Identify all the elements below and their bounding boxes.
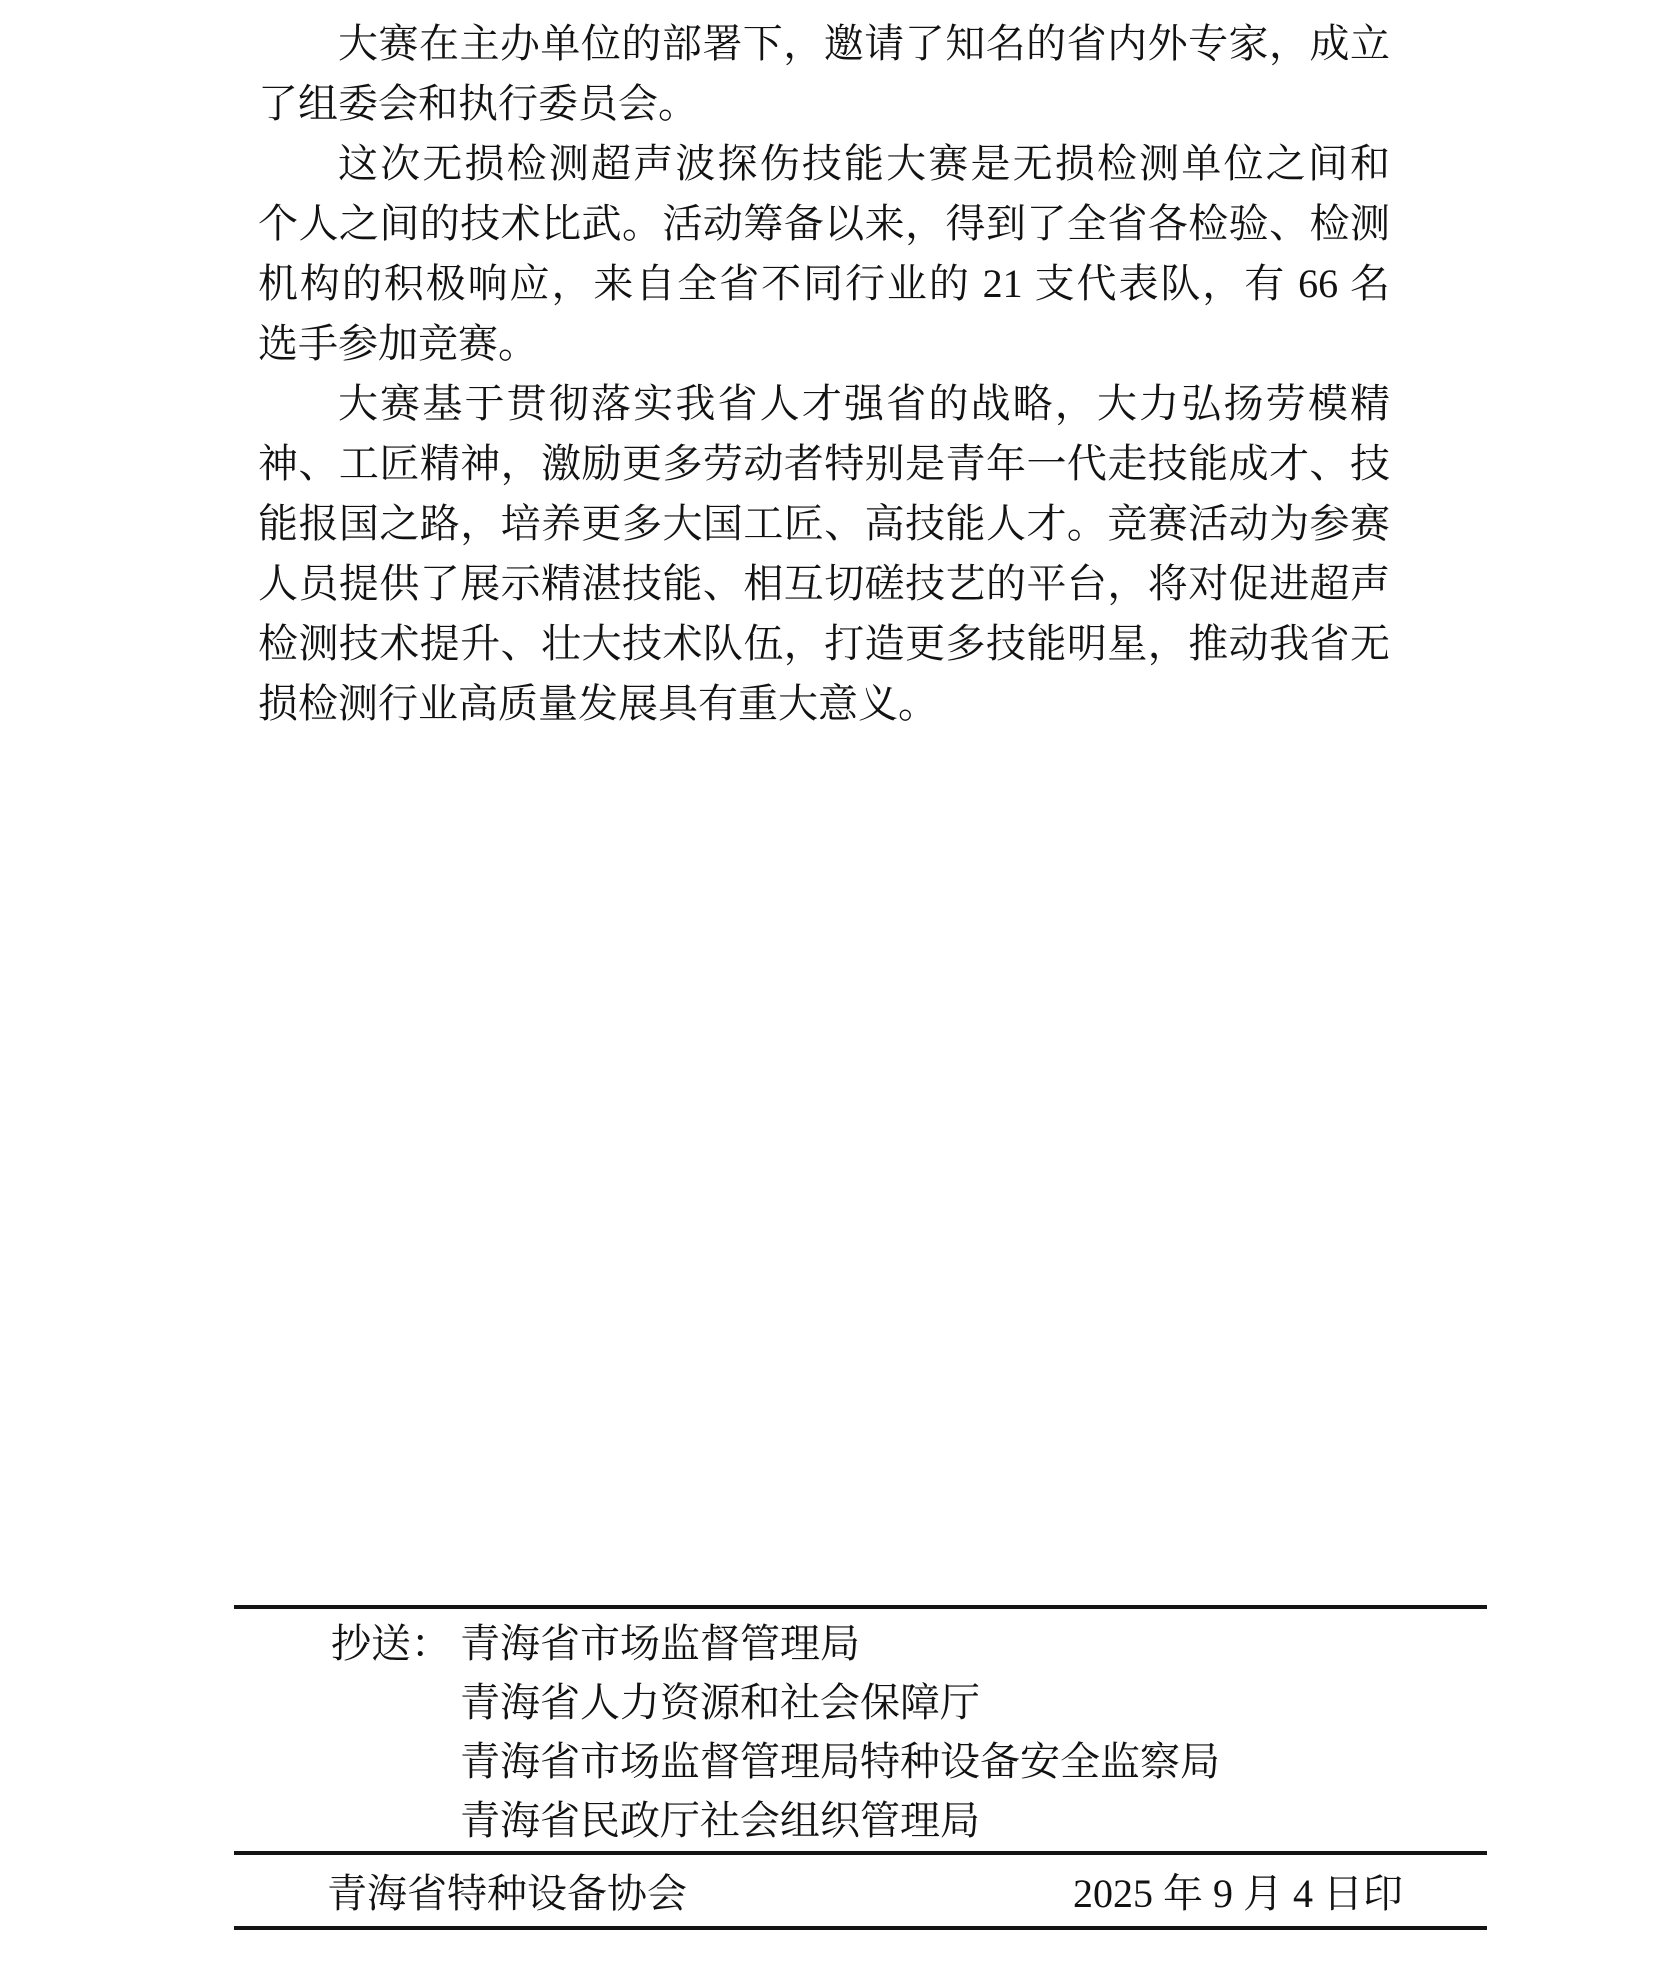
print-date: 2025 年 9 月 4 日印 [1073,1862,1403,1919]
document-body: 大赛在主办单位的部署下，邀请了知名的省内外专家，成立 了组委会和执行委员会。 这… [258,14,1390,734]
cc-section: 抄送： 青海省市场监督管理局 青海省人力资源和社会保障厅 青海省市场监督管理局特… [331,1614,1220,1850]
separator-line-top [234,1605,1487,1609]
body-line: 选手参加竞赛。 [258,314,1390,374]
body-line: 损检测行业高质量发展具有重大意义。 [258,674,1390,734]
cc-recipient: 青海省人力资源和社会保障厅 [460,1673,1220,1732]
body-line: 神、工匠精神，激励更多劳动者特别是青年一代走技能成才、技 [258,434,1390,494]
body-line: 大赛在主办单位的部署下，邀请了知名的省内外专家，成立 [258,14,1390,74]
cc-recipient: 青海省市场监督管理局 [460,1614,1220,1673]
issuer-name: 青海省特种设备协会 [327,1862,687,1919]
body-line: 大赛基于贯彻落实我省人才强省的战略，大力弘扬劳模精 [258,374,1390,434]
document-page: 大赛在主办单位的部署下，邀请了知名的省内外专家，成立 了组委会和执行委员会。 这… [0,0,1653,1974]
body-line: 能报国之路，培养更多大国工匠、高技能人才。竞赛活动为参赛 [258,494,1390,554]
cc-label: 抄送： [331,1614,460,1673]
document-footer: 青海省特种设备协会 2025 年 9 月 4 日印 [234,1855,1487,1926]
body-line: 机构的积极响应，来自全省不同行业的 21 支代表队，有 66 名 [258,254,1390,314]
separator-line-bottom [234,1926,1487,1930]
body-line: 这次无损检测超声波探伤技能大赛是无损检测单位之间和 [258,134,1390,194]
body-line: 人员提供了展示精湛技能、相互切磋技艺的平台，将对促进超声 [258,554,1390,614]
body-line: 了组委会和执行委员会。 [258,74,1390,134]
cc-recipient-list: 青海省市场监督管理局 青海省人力资源和社会保障厅 青海省市场监督管理局特种设备安… [460,1614,1220,1850]
cc-recipient: 青海省市场监督管理局特种设备安全监察局 [460,1732,1220,1791]
cc-recipient: 青海省民政厅社会组织管理局 [460,1791,1220,1850]
body-line: 个人之间的技术比武。活动筹备以来，得到了全省各检验、检测 [258,194,1390,254]
body-line: 检测技术提升、壮大技术队伍，打造更多技能明星，推动我省无 [258,614,1390,674]
